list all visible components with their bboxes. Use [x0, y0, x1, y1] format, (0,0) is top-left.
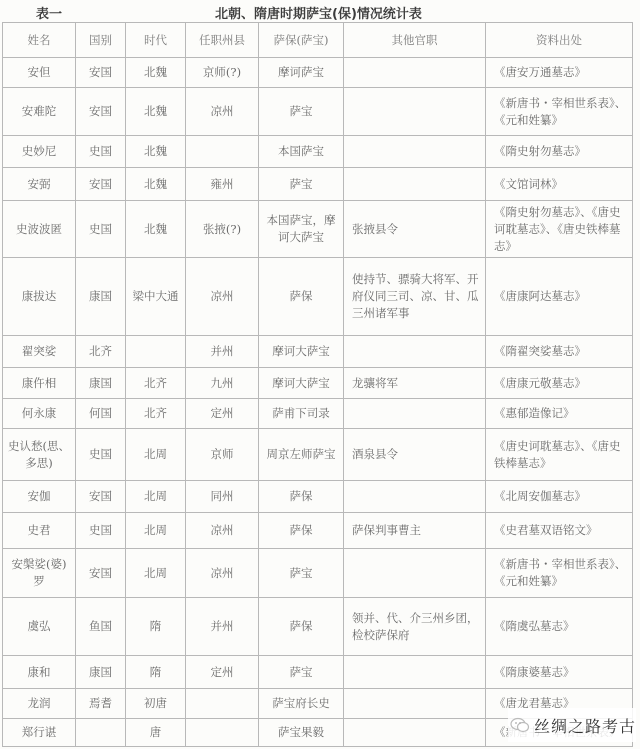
- cell-source: 《新唐书・宰相世系表》、《元和姓纂》: [486, 88, 633, 136]
- cell-sabao: 萨宝: [259, 88, 344, 136]
- cell-name: 何永康: [3, 399, 76, 429]
- cell-post: 九州: [186, 368, 259, 399]
- watermark-text: 丝绸之路考古: [534, 714, 636, 737]
- cell-post: 雍州: [186, 168, 259, 201]
- cell-source: 《隋史射勿墓志》、《唐史诃耽墓志》、《唐史铁棒墓志》: [486, 201, 633, 258]
- cell-post: 凉州: [186, 513, 259, 549]
- cell-source: 《北周安伽墓志》: [486, 481, 633, 513]
- cell-era: [126, 336, 186, 368]
- cell-other-posts: 领并、代、介三州乡团，检校萨保府: [344, 598, 486, 656]
- table-row: 安伽安国北周同州萨保《北周安伽墓志》: [3, 481, 633, 513]
- cell-era: 初唐: [126, 689, 186, 719]
- cell-other-posts: [344, 719, 486, 747]
- table-row: 康拔达康国梁中大通凉州萨保使持节、骠骑大将军、开府仪同三司、凉、甘、瓜三州诸军事…: [3, 258, 633, 336]
- cell-sabao: 本国萨宝，摩诃大萨宝: [259, 201, 344, 258]
- cell-name: 史妙尼: [3, 136, 76, 168]
- cell-country: 北齐: [76, 336, 126, 368]
- cell-name: 郑行谌: [3, 719, 76, 747]
- cell-country: 康国: [76, 258, 126, 336]
- cell-sabao: 摩诃大萨宝: [259, 336, 344, 368]
- cell-name: 史波波匿: [3, 201, 76, 258]
- cell-other-posts: 使持节、骠骑大将军、开府仪同三司、凉、甘、瓜三州诸军事: [344, 258, 486, 336]
- header-row: 姓名 国别 时代 任职州县 萨保(萨宝) 其他官职 资料出处: [3, 23, 633, 58]
- cell-country: 史国: [76, 513, 126, 549]
- cell-post: [186, 136, 259, 168]
- cell-country: 何国: [76, 399, 126, 429]
- cell-source: 《惠郁造像记》: [486, 399, 633, 429]
- cell-era: 梁中大通: [126, 258, 186, 336]
- cell-source: 《新唐书・宰相世系表》、《元和姓纂》: [486, 549, 633, 598]
- cell-other-posts: [344, 58, 486, 88]
- cell-era: 唐: [126, 719, 186, 747]
- table-row: 史波波匿史国北魏张掖(?)本国萨宝，摩诃大萨宝张掖县令《隋史射勿墓志》、《唐史诃…: [3, 201, 633, 258]
- cell-other-posts: 龙骧将军: [344, 368, 486, 399]
- cell-sabao: 摩诃萨宝: [259, 58, 344, 88]
- cell-era: 北魏: [126, 201, 186, 258]
- cell-era: 北周: [126, 429, 186, 481]
- table-title: 北朝、隋唐时期萨宝(保)情况统计表: [215, 3, 422, 22]
- cell-sabao: 摩诃大萨宝: [259, 368, 344, 399]
- cell-source: 《唐史诃耽墓志》、《唐史铁棒墓志》: [486, 429, 633, 481]
- cell-name: 龙润: [3, 689, 76, 719]
- cell-source: 《隋康婆墓志》: [486, 656, 633, 689]
- cell-post: 凉州: [186, 549, 259, 598]
- cell-source: 《隋史射勿墓志》: [486, 136, 633, 168]
- cell-sabao: 萨宝果毅: [259, 719, 344, 747]
- cell-post: 定州: [186, 656, 259, 689]
- cell-sabao: 本国萨宝: [259, 136, 344, 168]
- cell-other-posts: [344, 481, 486, 513]
- cell-other-posts: [344, 656, 486, 689]
- cell-country: 鱼国: [76, 598, 126, 656]
- header-other-posts: 其他官职: [344, 23, 486, 58]
- cell-other-posts: [344, 336, 486, 368]
- cell-sabao: 萨宝: [259, 656, 344, 689]
- table-row: 史认愁(思、多思)史国北周京师周京左师萨宝酒泉县令《唐史诃耽墓志》、《唐史铁棒墓…: [3, 429, 633, 481]
- cell-country: 史国: [76, 201, 126, 258]
- cell-other-posts: [344, 168, 486, 201]
- table-row: 虞弘鱼国隋并州萨保领并、代、介三州乡团，检校萨保府《隋虞弘墓志》: [3, 598, 633, 656]
- cell-post: 并州: [186, 336, 259, 368]
- cell-country: 安国: [76, 549, 126, 598]
- cell-post: 定州: [186, 399, 259, 429]
- table-row: 史君史国北周凉州萨保萨保判事曹主《史君墓双语铭文》: [3, 513, 633, 549]
- table-row: 安难陀安国北魏凉州萨宝《新唐书・宰相世系表》、《元和姓纂》: [3, 88, 633, 136]
- cell-era: 北周: [126, 481, 186, 513]
- cell-name: 安槃娑(婆)罗: [3, 549, 76, 598]
- table-row: 翟突娑北齐并州摩诃大萨宝《隋翟突娑墓志》: [3, 336, 633, 368]
- cell-other-posts: 张掖县令: [344, 201, 486, 258]
- cell-country: 焉耆: [76, 689, 126, 719]
- cell-post: 并州: [186, 598, 259, 656]
- cell-source: 《唐康阿达墓志》: [486, 258, 633, 336]
- cell-name: 康仵相: [3, 368, 76, 399]
- cell-country: 康国: [76, 368, 126, 399]
- cell-country: 安国: [76, 88, 126, 136]
- header-country: 国别: [76, 23, 126, 58]
- header-source: 资料出处: [486, 23, 633, 58]
- cell-sabao: 周京左师萨宝: [259, 429, 344, 481]
- header-era: 时代: [126, 23, 186, 58]
- cell-source: 《隋虞弘墓志》: [486, 598, 633, 656]
- header-sabao: 萨保(萨宝): [259, 23, 344, 58]
- cell-other-posts: [344, 689, 486, 719]
- cell-name: 史认愁(思、多思): [3, 429, 76, 481]
- cell-source: 《文馆词林》: [486, 168, 633, 201]
- cell-era: 隋: [126, 598, 186, 656]
- cell-post: 张掖(?): [186, 201, 259, 258]
- cell-other-posts: [344, 136, 486, 168]
- cell-sabao: 萨保: [259, 598, 344, 656]
- table-number: 表一: [36, 3, 62, 22]
- cell-name: 安伽: [3, 481, 76, 513]
- cell-post: 同州: [186, 481, 259, 513]
- cell-country: 安国: [76, 481, 126, 513]
- header-name: 姓名: [3, 23, 76, 58]
- cell-era: 北魏: [126, 136, 186, 168]
- cell-country: 康国: [76, 656, 126, 689]
- cell-sabao: 萨保: [259, 258, 344, 336]
- cell-era: 北齐: [126, 399, 186, 429]
- cell-era: 北魏: [126, 88, 186, 136]
- cell-other-posts: [344, 399, 486, 429]
- cell-other-posts: 萨保判事曹主: [344, 513, 486, 549]
- cell-sabao: 萨保: [259, 481, 344, 513]
- cell-name: 史君: [3, 513, 76, 549]
- cell-country: 安国: [76, 168, 126, 201]
- cell-country: [76, 719, 126, 747]
- table-row: 康仵相康国北齐九州摩诃大萨宝龙骧将军《唐康元敬墓志》: [3, 368, 633, 399]
- cell-era: 北周: [126, 513, 186, 549]
- cell-post: [186, 689, 259, 719]
- cell-post: [186, 719, 259, 747]
- watermark: 丝绸之路考古: [508, 708, 636, 742]
- cell-sabao: 萨宝府长史: [259, 689, 344, 719]
- cell-post: 京师: [186, 429, 259, 481]
- cell-name: 康和: [3, 656, 76, 689]
- cell-era: 北周: [126, 549, 186, 598]
- cell-name: 安难陀: [3, 88, 76, 136]
- cell-name: 安弼: [3, 168, 76, 201]
- table-row: 何永康何国北齐定州萨甫下司录《惠郁造像记》: [3, 399, 633, 429]
- cell-name: 虞弘: [3, 598, 76, 656]
- cell-country: 史国: [76, 429, 126, 481]
- table-row: 安弼安国北魏雍州萨宝《文馆词林》: [3, 168, 633, 201]
- cell-era: 隋: [126, 656, 186, 689]
- table-row: 康和康国隋定州萨宝《隋康婆墓志》: [3, 656, 633, 689]
- header-post: 任职州县: [186, 23, 259, 58]
- sabao-statistics-table: 姓名 国别 时代 任职州县 萨保(萨宝) 其他官职 资料出处 安但安国北魏京师(…: [2, 22, 633, 747]
- cell-post: 凉州: [186, 88, 259, 136]
- cell-era: 北魏: [126, 58, 186, 88]
- table-row: 安但安国北魏京师(?)摩诃萨宝《唐安万通墓志》: [3, 58, 633, 88]
- cell-name: 翟突娑: [3, 336, 76, 368]
- cell-other-posts: [344, 549, 486, 598]
- cell-country: 史国: [76, 136, 126, 168]
- cell-post: 凉州: [186, 258, 259, 336]
- cell-post: 京师(?): [186, 58, 259, 88]
- wechat-icon: [510, 715, 530, 735]
- table-caption: 表一 北朝、隋唐时期萨宝(保)情况统计表: [0, 0, 640, 22]
- cell-source: 《隋翟突娑墓志》: [486, 336, 633, 368]
- cell-name: 安但: [3, 58, 76, 88]
- cell-sabao: 萨宝: [259, 168, 344, 201]
- cell-source: 《唐安万通墓志》: [486, 58, 633, 88]
- table-row: 史妙尼史国北魏本国萨宝《隋史射勿墓志》: [3, 136, 633, 168]
- cell-other-posts: [344, 88, 486, 136]
- cell-sabao: 萨宝: [259, 549, 344, 598]
- cell-sabao: 萨保: [259, 513, 344, 549]
- cell-other-posts: 酒泉县令: [344, 429, 486, 481]
- cell-name: 康拔达: [3, 258, 76, 336]
- cell-sabao: 萨甫下司录: [259, 399, 344, 429]
- cell-source: 《唐康元敬墓志》: [486, 368, 633, 399]
- cell-source: 《史君墓双语铭文》: [486, 513, 633, 549]
- table-row: 安槃娑(婆)罗安国北周凉州萨宝《新唐书・宰相世系表》、《元和姓纂》: [3, 549, 633, 598]
- cell-country: 安国: [76, 58, 126, 88]
- cell-era: 北齐: [126, 368, 186, 399]
- cell-era: 北魏: [126, 168, 186, 201]
